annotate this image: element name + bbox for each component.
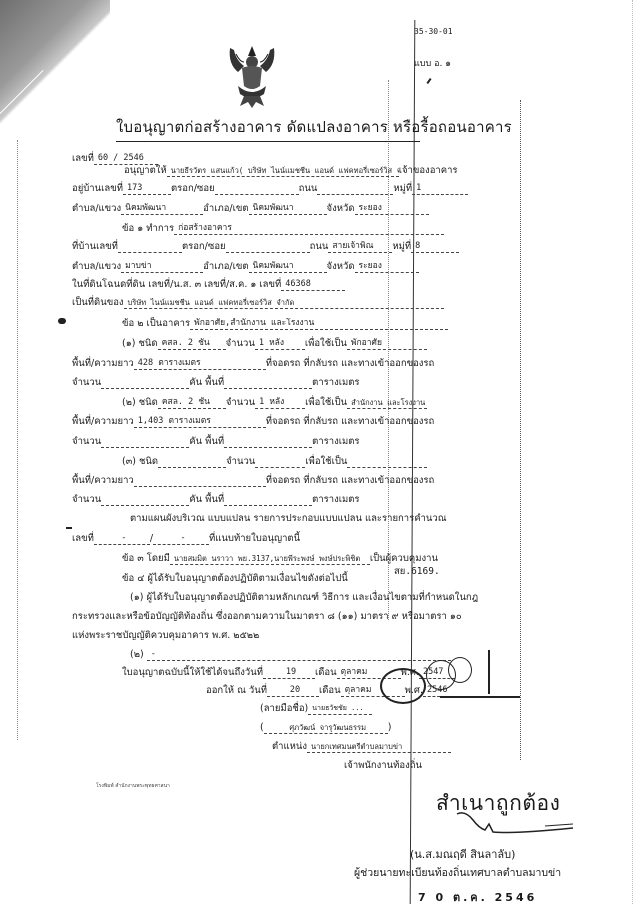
site-alley-label: ตรอก/ซอย [182, 241, 226, 252]
plans-attached-text: ที่แนบท้ายใบอนุญาตนี้ [209, 533, 300, 544]
building3-count-label: จำนวน [226, 456, 255, 467]
building2-num: (๒) [122, 397, 136, 408]
building3-cars-label: จำนวน [72, 494, 101, 505]
plans-number-row: เลขที่-/-ที่แนบท้ายใบอนุญาตนี้ [72, 533, 300, 545]
building3-area-row: พื้นที่/ความยาวที่จอดรถ ที่กลับรถ และทาง… [72, 475, 434, 487]
permit-number-value: 60 / 2546 [94, 153, 158, 165]
clause1-row: ข้อ ๑ ทำการก่อสร้างอาคาร [122, 223, 444, 235]
building1-use-label: เพื่อใช้เป็น [305, 338, 347, 349]
clause4-item1-line1: (๑) ผู้ได้รับใบอนุญาตต้องปฏิบัติตามหลักเ… [130, 592, 478, 604]
building2-type-value: คสล. 2 ชั้น [158, 397, 226, 409]
signer-name-close: ) [388, 722, 392, 733]
authority-label: เจ้าพนักงานท้องถิ่น [344, 760, 422, 772]
building2-area-row: พื้นที่/ความยาว1,403 ตารางเมตรที่จอดรถ ท… [72, 416, 434, 428]
building3-area-label: พื้นที่/ความยาว [72, 475, 134, 486]
building1-type-label: ชนิด [138, 338, 157, 349]
clause4-item2-label: (๒) [130, 649, 144, 660]
plans-number-a: - [94, 533, 150, 545]
signer-name-row: (ศุภวัฒน์ จารุวัฒนธรรม) [260, 722, 391, 734]
building3-space-label: พื้นที่ [205, 494, 224, 505]
district-label: อำเภอ/เขต [203, 203, 248, 214]
building3-use-label: เพื่อใช้เป็น [305, 456, 347, 467]
building1-cars-label: จำนวน [72, 377, 101, 388]
building2-area-label: พื้นที่/ความยาว [72, 416, 134, 427]
garuda-emblem-icon [226, 40, 278, 110]
deed-value: 46368 [281, 279, 345, 291]
building2-use-label: เพื่อใช้เป็น [305, 397, 347, 408]
building2-count-value: 1 หลัง [255, 397, 305, 409]
building1-area-row: พื้นที่/ความยาว428 ตารางเมตรที่จอดรถ ที่… [72, 358, 434, 370]
house-no-label: อยู่บ้านเลขที่ [72, 183, 123, 194]
building1-area-value: 428 ตารางเมตร [134, 358, 266, 370]
certifier-title: ผู้ช่วยนายทะเบียนท้องถิ่นเทศบาลตำบลมาบข่… [354, 864, 561, 881]
building1-space-value [224, 377, 312, 389]
valid-month-label: เดือน [315, 667, 337, 678]
building3-cars-row: จำนวนคัน พื้นที่ตารางเมตร [72, 494, 360, 506]
permit-number-row: เลขที่60 / 2546 [72, 153, 158, 165]
valid-until-label: ใบอนุญาตฉบับนี้ให้ใช้ได้จนถึงวันที่ [122, 667, 263, 678]
clause3-row: ข้อ ๓ โดยมีนายสมมิต นราวา พย.3137,นายพีร… [122, 553, 438, 565]
clause3-suffix: เป็นผู้ควบคุมงาน [370, 553, 438, 564]
subdistrict-value: นิคมพัฒนา [121, 203, 203, 215]
building3-space-unit: ตารางเมตร [312, 494, 359, 505]
building1-type-row: (๑) ชนิดคสล. 2 ชั้นจำนวน1 หลังเพื่อใช้เป… [122, 338, 427, 350]
clause4-label: ข้อ ๔ ผู้ได้รับใบอนุญาตต้องปฏิบัติตามเงื… [122, 573, 348, 585]
building3-area-value [134, 475, 266, 487]
building1-type-value: คสล. 2 ชั้น [158, 338, 226, 350]
building3-num: (๓) [122, 456, 136, 467]
province-label: จังหวัด [327, 203, 355, 214]
building2-cars-row: จำนวนคัน พื้นที่ตารางเมตร [72, 436, 360, 448]
issued-label: ออกให้ ณ วันที่ [206, 685, 267, 696]
scan-speck [426, 78, 431, 84]
owner-suffix: เจ้าของอาคาร [399, 165, 458, 176]
clause1-value: ก่อสร้างอาคาร [174, 223, 444, 235]
clause1-label: ข้อ ๑ ทำการ [122, 223, 174, 234]
certifier-signature-scribble [455, 810, 575, 840]
building2-cars-label: จำนวน [72, 436, 101, 447]
site-district-label: อำเภอ/เขต [203, 261, 248, 272]
plans-number-b: - [153, 533, 209, 545]
building2-parking-label: ที่จอดรถ ที่กลับรถ และทางเข้าออกของรถ [266, 416, 435, 427]
building1-cars-value [101, 377, 189, 389]
building3-type-row: (๓) ชนิดจำนวนเพื่อใช้เป็น [122, 456, 427, 468]
building3-count-value [255, 456, 305, 468]
building3-use-value [347, 456, 427, 468]
moo-label: หมู่ที่ [393, 183, 412, 194]
printer-note: โรงพิมพ์ สำนักงานพระพุทธศาสนา [96, 782, 170, 790]
form-label: แบบ อ. ๑ [414, 56, 451, 70]
building1-area-label: พื้นที่/ความยาว [72, 358, 134, 369]
position-row: ตำแหน่งนายกเทศมนตรีตำบลมาบข่า [272, 741, 451, 753]
clause4-item1-line2: กระทรวงและหรือข้อบัญญัติท้องถิ่น ซึ่งออก… [72, 611, 462, 623]
subdistrict-label: ตำบล/แขวง [72, 203, 121, 214]
grantee-value: นายธีรวัตร แสนแก้ว( บริษัท ไนน์แมชชีน แอ… [167, 165, 399, 177]
site-district-value: นิคมพัฒนา [249, 261, 327, 273]
position-label: ตำแหน่ง [272, 741, 307, 752]
locality-row: ตำบล/แขวงนิคมพัฒนาอำเภอ/เขตนิคมพัฒนาจังห… [72, 203, 429, 215]
road-label: ถนน [299, 183, 318, 194]
building2-cars-unit: คัน [189, 436, 202, 447]
scan-speck [58, 318, 66, 324]
building2-cars-value [101, 436, 189, 448]
district-value: นิคมพัฒนา [249, 203, 327, 215]
clause4-item2-row: (๒) - [130, 649, 451, 661]
site-alley-value [226, 241, 310, 253]
handwritten-signature-underline [440, 696, 520, 698]
building1-use-value: พักอาศัย [347, 338, 427, 350]
fold-dots [388, 80, 389, 620]
grantee-label: อนุญาตให้ [124, 165, 167, 176]
signature-label: (ลายมือชื่อ) [260, 703, 308, 714]
building3-space-value [224, 494, 312, 506]
building2-type-row: (๒) ชนิดคสล. 2 ชั้นจำนวน1 หลังเพื่อใช้เป… [122, 397, 427, 409]
site-moo-label: หมู่ที่ [392, 241, 411, 252]
land-owner-label: เป็นที่ดินของ [72, 297, 124, 308]
building2-space-value [224, 436, 312, 448]
building2-type-label: ชนิด [139, 397, 158, 408]
road-value [317, 183, 393, 195]
handwritten-signature-loop [380, 668, 426, 704]
clause2-label: ข้อ ๒ เป็นอาคาร [122, 318, 190, 329]
signer-name-value: ศุภวัฒน์ จารุวัฒนธรรม [264, 722, 388, 734]
building3-cars-unit: คัน [189, 494, 202, 505]
alley-label: ตรอก/ซอย [171, 183, 215, 194]
building2-count-label: จำนวน [226, 397, 255, 408]
position-value: นายกเทศมนตรีตำบลมาบข่า [307, 741, 451, 753]
building1-num: (๑) [122, 338, 135, 349]
deed-label: ในที่ดินโฉนดที่ดิน เลขที่/น.ส. ๓ เลขที่/… [72, 279, 281, 290]
clause4-item1-line3: แห่งพระราชบัญญัติควบคุมอาคาร พ.ศ. ๒๕๒๒ [72, 630, 259, 642]
building1-cars-row: จำนวนคัน พื้นที่ตารางเมตร [72, 377, 360, 389]
building2-use-value: สำนักงาน และโรงงาน [347, 397, 427, 409]
signature-value: นายธวัชชัย ... [308, 703, 372, 715]
scan-speck [66, 527, 72, 529]
site-subdistrict-value: มาบข่า [121, 261, 203, 273]
plans-number-label: เลขที่ [72, 533, 94, 544]
site-road-value: สายเจ้าพิณ [328, 241, 392, 253]
building3-type-value [158, 456, 226, 468]
alley-value [215, 183, 299, 195]
valid-day: 19 [263, 667, 315, 679]
grantee-row: อนุญาตให้นายธีรวัตร แสนแก้ว( บริษัท ไนน์… [124, 165, 458, 177]
permit-number-label: เลขที่ [72, 153, 94, 164]
building2-space-label: พื้นที่ [205, 436, 224, 447]
handwritten-signature-loop3 [448, 657, 472, 683]
fold-dots-right [520, 100, 521, 760]
site-house-label: ที่บ้านเลขที่ [72, 241, 118, 252]
province-value: ระยอง [355, 203, 429, 215]
page-title: ใบอนุญาตก่อสร้างอาคาร ดัดแปลงอาคาร หรือร… [116, 115, 420, 142]
clause3-value: นายสมมิต นราวา พย.3137,นายพีระพงษ์ พงษ์ป… [170, 553, 370, 565]
certification-date: 7 0 ต.ค. 2546 [418, 888, 537, 904]
land-owner-row: เป็นที่ดินของบริษัท ไนน์แมชชีน แอนด์ แฟค… [72, 297, 444, 309]
site-address-row: ที่บ้านเลขที่ตรอก/ซอยถนนสายเจ้าพิณหมู่ที… [72, 241, 459, 253]
scan-edge-dots [17, 140, 18, 740]
building1-space-unit: ตารางเมตร [312, 377, 359, 388]
clause3-label: ข้อ ๓ โดยมี [122, 553, 170, 564]
site-house-value [118, 241, 182, 253]
issued-day: 20 [267, 685, 319, 697]
site-moo-value: 8 [411, 241, 459, 253]
building1-count-label: จำนวน [226, 338, 255, 349]
moo-value: 1 [412, 183, 468, 195]
site-subdistrict-label: ตำบล/แขวง [72, 261, 121, 272]
clause4-item2-value: - [147, 649, 451, 661]
clause3-license: สย.6169. [394, 566, 440, 578]
plans-text: ตามแผนผังบริเวณ แบบแปลน รายการประกอบแบบแ… [130, 513, 447, 525]
site-province-value: ระยอง [355, 261, 419, 273]
issued-month-label: เดือน [319, 685, 341, 696]
building2-space-unit: ตารางเมตร [312, 436, 359, 447]
signature-row: (ลายมือชื่อ)นายธวัชชัย ... [260, 703, 372, 715]
building3-parking-label: ที่จอดรถ ที่กลับรถ และทางเข้าออกของรถ [266, 475, 435, 486]
certifier-name: (น.ส.มณฤดี สินลาลับ) [410, 845, 515, 863]
house-no-value: 173 [123, 183, 171, 195]
site-road-label: ถนน [310, 241, 329, 252]
handwritten-signature-stroke [488, 650, 490, 694]
site-locality-row: ตำบล/แขวงมาบข่าอำเภอ/เขตนิคมพัฒนาจังหวัด… [72, 261, 419, 273]
form-code: 35-30-01 [414, 27, 453, 36]
address-row: อยู่บ้านเลขที่173ตรอก/ซอยถนนหมู่ที่1 [72, 183, 468, 195]
clause2-row: ข้อ ๒ เป็นอาคารพักอาศัย,สำนักงาน และโรงง… [122, 318, 448, 330]
scan-shadow-corner [0, 0, 110, 140]
scan-right-edge [632, 0, 633, 904]
site-province-label: จังหวัด [327, 261, 355, 272]
building1-parking-label: ที่จอดรถ ที่กลับรถ และทางเข้าออกของรถ [266, 358, 435, 369]
building3-type-label: ชนิด [139, 456, 158, 467]
building1-space-label: พื้นที่ [205, 377, 224, 388]
building3-cars-value [101, 494, 189, 506]
building1-count-value: 1 หลัง [255, 338, 305, 350]
deed-row: ในที่ดินโฉนดที่ดิน เลขที่/น.ส. ๓ เลขที่/… [72, 279, 345, 291]
building2-area-value: 1,403 ตารางเมตร [134, 416, 266, 428]
building1-cars-unit: คัน [189, 377, 202, 388]
land-owner-value: บริษัท ไนน์แมชชีน แอนด์ แฟคทอรี่เซอร์วิส… [124, 297, 444, 309]
clause2-value: พักอาศัย,สำนักงาน และโรงงาน [190, 318, 448, 330]
